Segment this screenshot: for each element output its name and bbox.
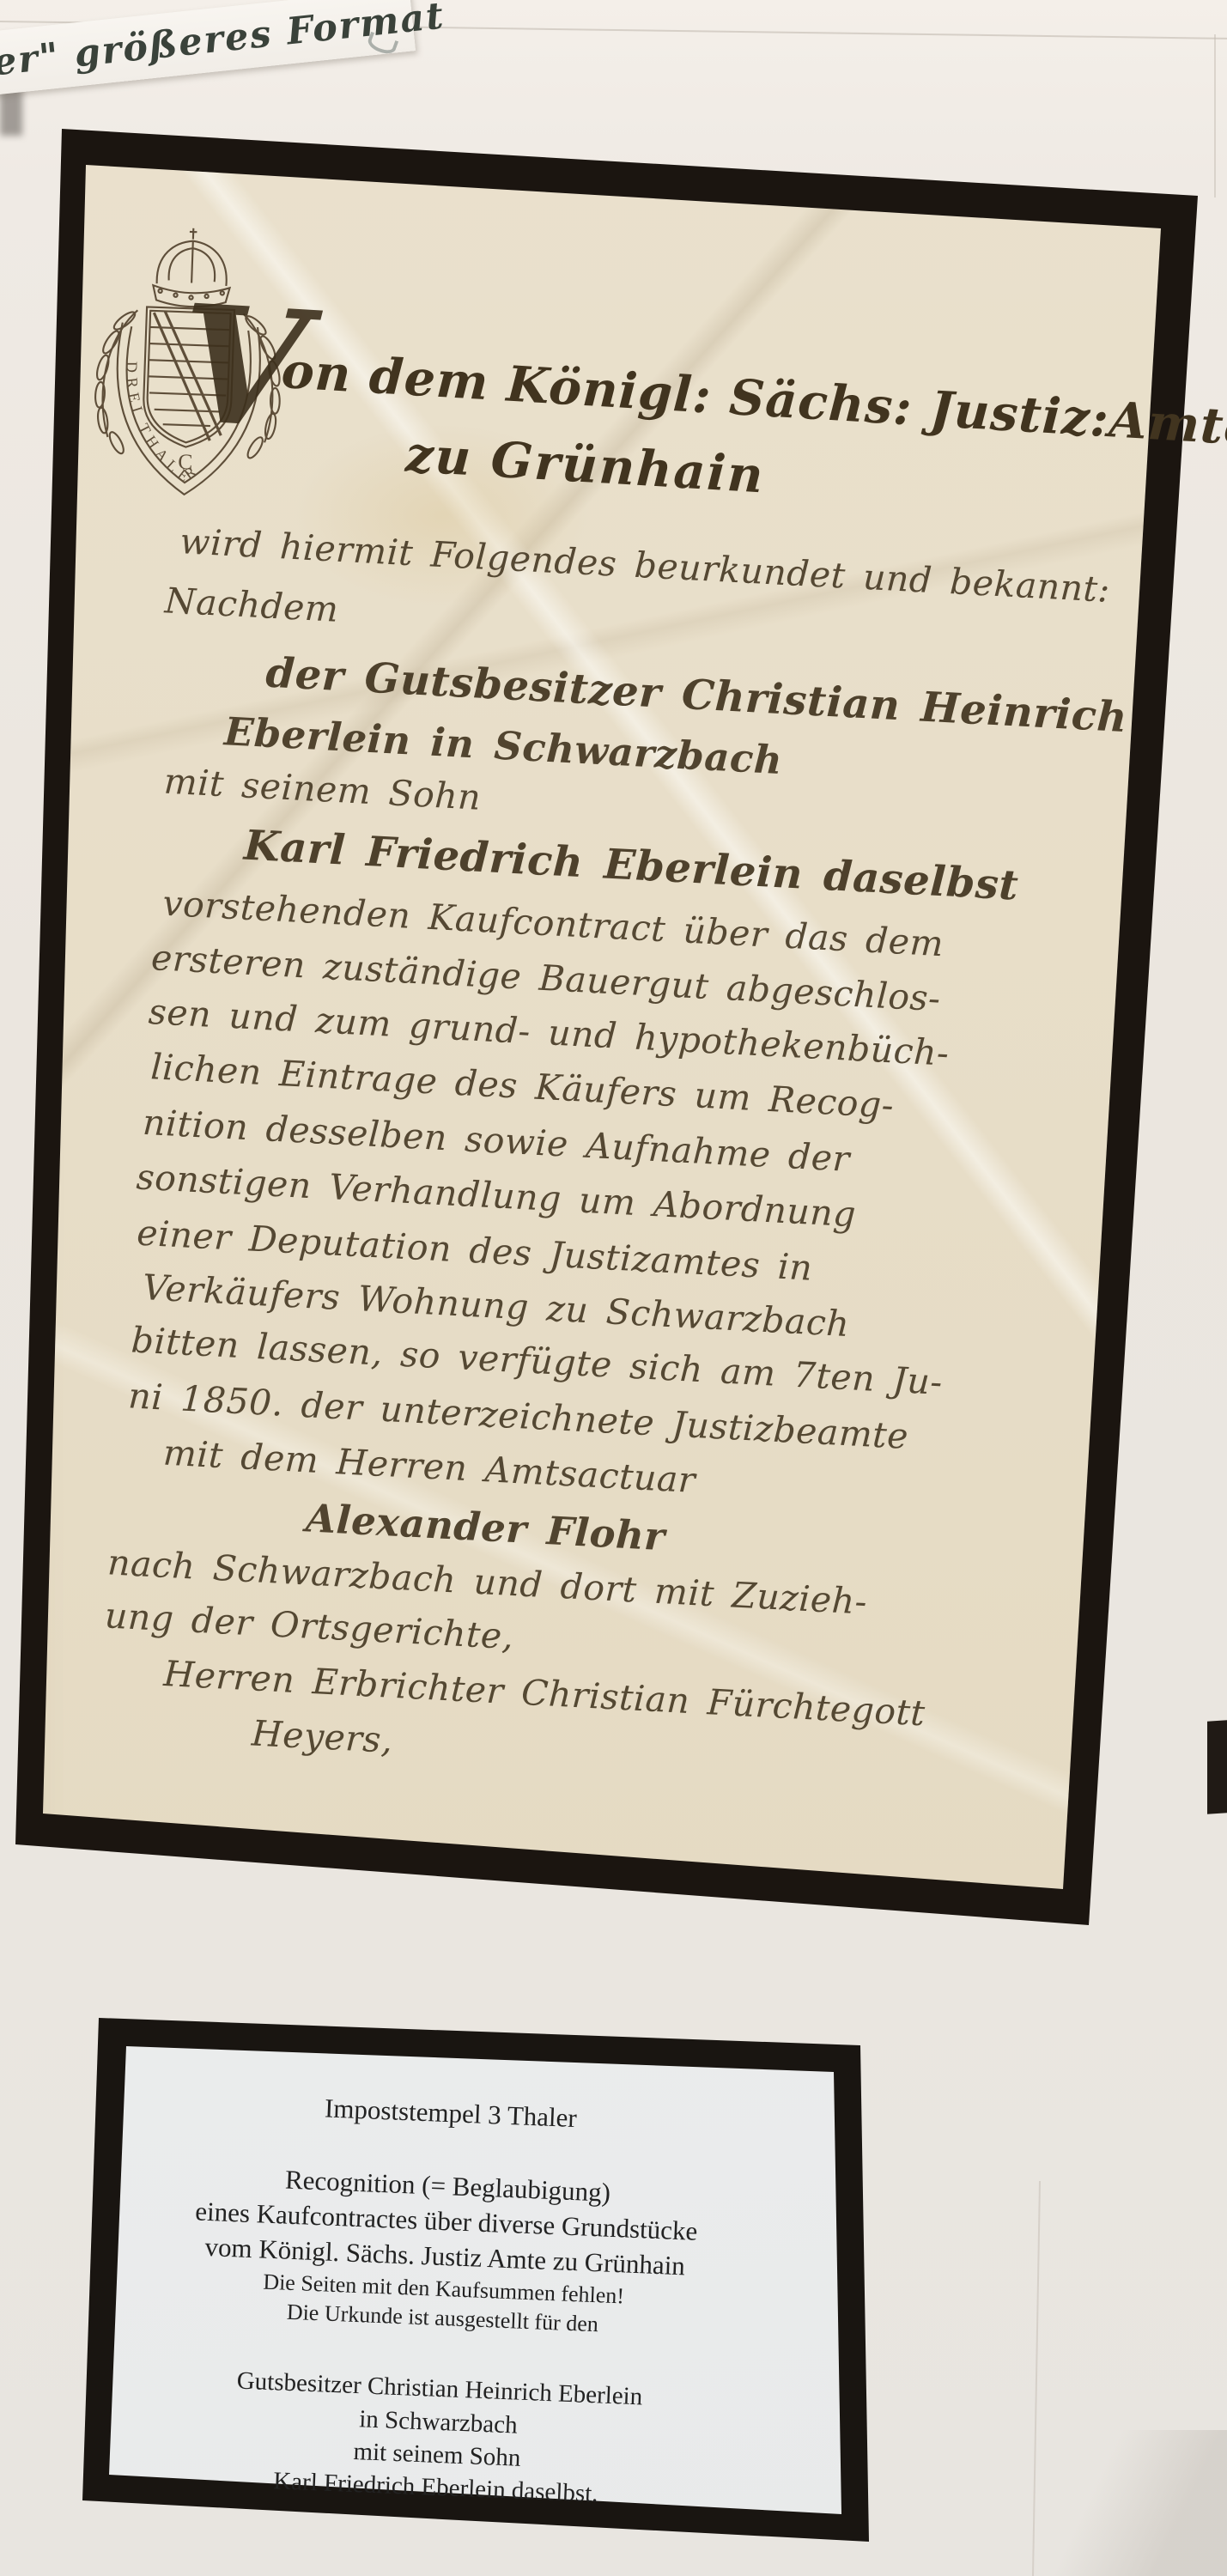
handwritten-line: ung der Ortsgerichte, bbox=[104, 1595, 515, 1657]
neighbour-frame-fragment bbox=[1207, 1720, 1227, 1814]
handwritten-line: mit dem Herren Amtsactuar bbox=[162, 1432, 696, 1501]
handwritten-line: Heyers, bbox=[251, 1712, 394, 1761]
handwritten-line: mit seinem Sohn bbox=[163, 761, 483, 818]
wall-shadow-bottom-right bbox=[1004, 2430, 1227, 2576]
handwritten-line: Alexander Flohr bbox=[305, 1495, 666, 1559]
handwritten-line: Nachdem bbox=[164, 580, 340, 630]
caption-card-text: Impoststempel 3 Thaler Recognition (= Be… bbox=[152, 2085, 735, 2515]
heading-initial: V bbox=[175, 269, 312, 465]
exhibit-photo: er" größeres Format bbox=[0, 0, 1227, 2576]
wall-seam-right bbox=[1214, 34, 1216, 197]
document-body: wird hiermit Folgendes beurkundet und be… bbox=[94, 502, 1166, 1858]
wall-label-strip: er" größeres Format bbox=[0, 0, 416, 96]
